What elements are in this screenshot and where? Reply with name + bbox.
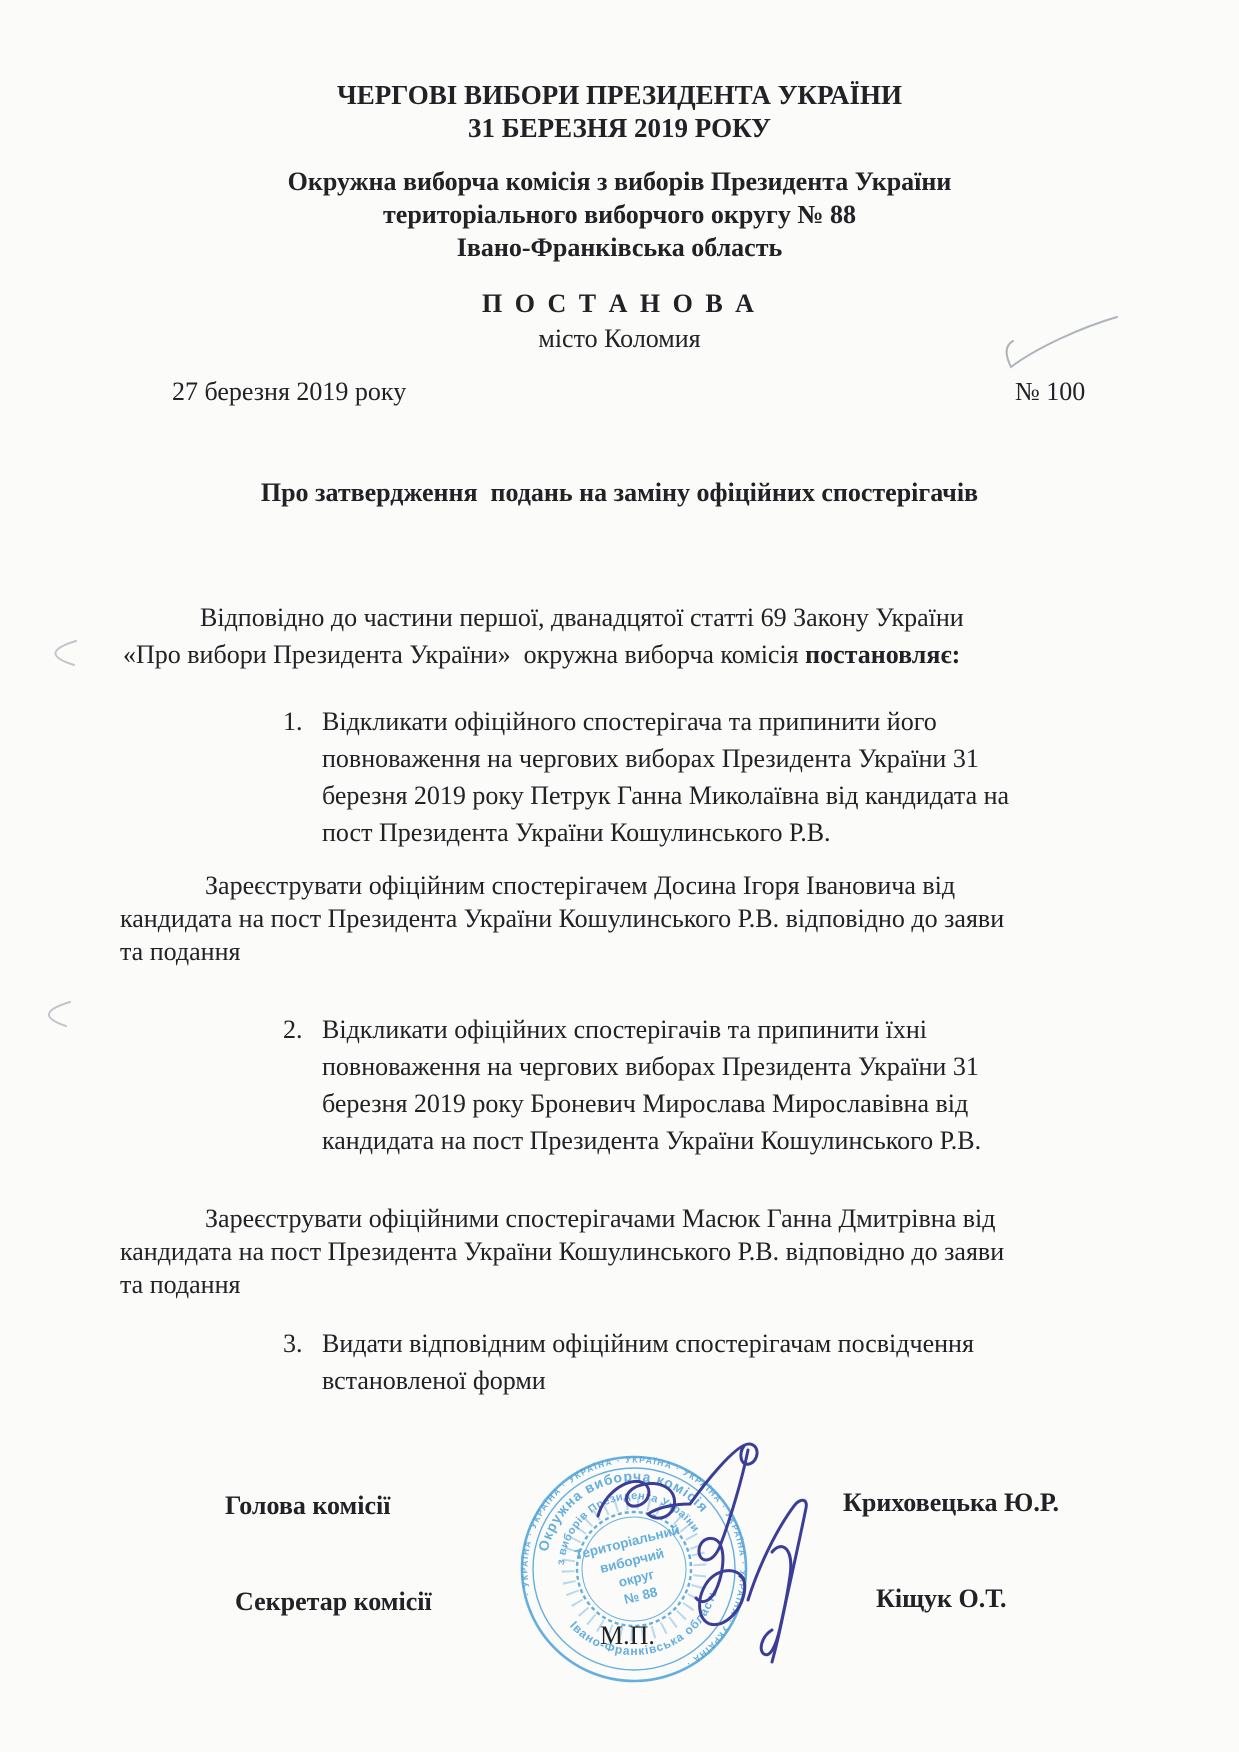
doc-title-line-2: 31 БЕРЕЗНЯ 2019 РОКУ <box>0 113 1239 144</box>
item-2-line-3: березня 2019 року Броневич Мирослава Мир… <box>322 1089 968 1119</box>
signature-role-secretary: Секретар комісії <box>235 1587 432 1617</box>
item-1-line-1: Відкликати офіційного спостерігача та пр… <box>322 707 937 737</box>
subject-line: Про затвердження подань на заміну офіцій… <box>0 478 1239 508</box>
seal-abbr: М.П. <box>600 1621 655 1651</box>
act-place: місто Коломия <box>0 324 1239 354</box>
item-3-line-1: Видати відповідним офіційним спостерігач… <box>322 1329 974 1359</box>
paragraph-1-line-3: та подання <box>120 937 240 967</box>
signature-role-chair: Голова комісії <box>225 1491 390 1521</box>
item-2-line-2: повноваження на чергових виборах Президе… <box>322 1052 979 1082</box>
commission-name-line-2: територіального виборчого округу № 88 <box>0 200 1239 230</box>
item-2-number: 2. <box>283 1015 303 1045</box>
intro-resolve-bold: постановляє: <box>805 640 960 669</box>
paragraph-1-line-1: Зареєструвати офіційним спостерігачем До… <box>205 871 955 901</box>
paragraph-2-line-3: та подання <box>120 1270 240 1300</box>
intro-line-1: Відповідно до частини першої, дванадцято… <box>200 603 964 633</box>
margin-pencil-mark-1 <box>55 641 76 665</box>
margin-pencil-mark-2 <box>49 1002 70 1026</box>
paragraph-1-line-2: кандидата на пост Президента України Кош… <box>120 904 1004 934</box>
scanned-resolution-document: ЧЕРГОВІ ВИБОРИ ПРЕЗИДЕНТА УКРАЇНИ 31 БЕР… <box>0 0 1239 1752</box>
act-number: № 100 <box>1015 377 1085 407</box>
item-3-line-2: встановленої форми <box>322 1366 546 1396</box>
item-2-line-1: Відкликати офіційних спостерігачів та пр… <box>322 1015 927 1045</box>
intro-line-2: «Про вибори Президента України» окружна … <box>123 640 960 670</box>
item-2-line-4: кандидата на пост Президента України Кош… <box>322 1126 981 1156</box>
item-1-line-4: пост Президента України Кошулинського Р.… <box>322 818 831 848</box>
commission-name-line-3: Івано-Франківська область <box>0 233 1239 263</box>
item-1-line-2: повноваження на чергових виборах Президе… <box>322 744 979 774</box>
signature-name-chair: Криховецька Ю.Р. <box>843 1488 1059 1518</box>
paragraph-2-line-2: кандидата на пост Президента України Кош… <box>120 1237 1004 1267</box>
official-round-stamp: · УКРАЇНА · УКРАЇНА · УКРАЇНА · УКРАЇНА … <box>508 1443 760 1695</box>
item-3-number: 3. <box>283 1329 303 1359</box>
act-date: 27 березня 2019 року <box>172 377 406 407</box>
item-1-number: 1. <box>283 707 303 737</box>
item-1-line-3: березня 2019 року Петрук Ганна Миколаївн… <box>322 781 1009 811</box>
doc-title-line-1: ЧЕРГОВІ ВИБОРИ ПРЕЗИДЕНТА УКРАЇНИ <box>0 80 1239 111</box>
intro-line-2-normal: «Про вибори Президента України» окружна … <box>123 640 805 669</box>
paragraph-2-line-1: Зареєструвати офіційними спостерігачами … <box>205 1204 995 1234</box>
act-type: П О С Т А Н О В А <box>0 289 1239 319</box>
commission-name-line-1: Окружна виборча комісія з виборів Презид… <box>0 167 1239 197</box>
signature-name-secretary: Кіщук О.Т. <box>876 1584 1006 1614</box>
